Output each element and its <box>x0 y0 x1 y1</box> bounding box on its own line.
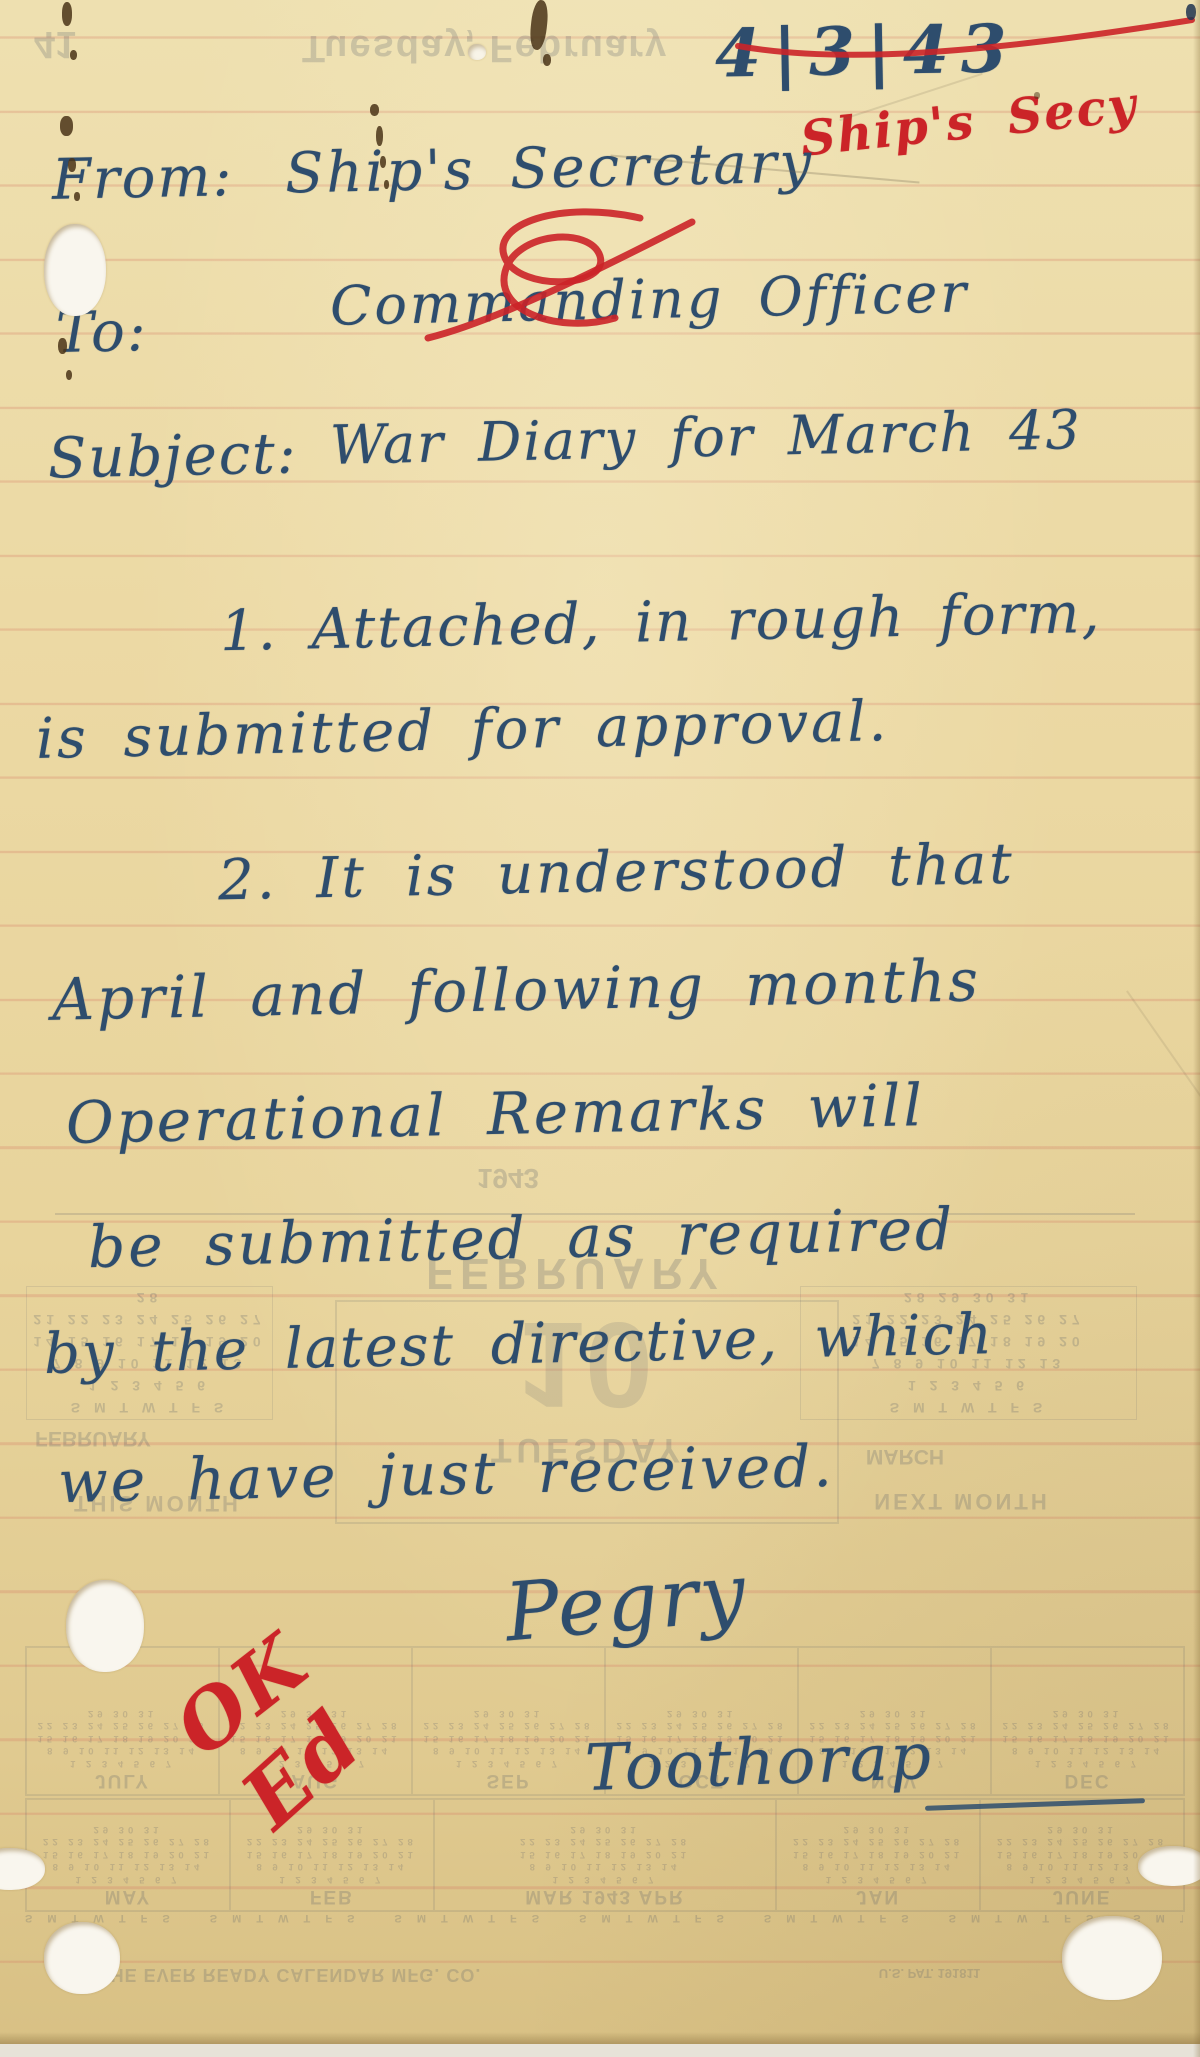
ghost-year-month-digits: 15 16 17 18 19 20 21 <box>779 1848 977 1861</box>
scanned-memo-page: 41 Tuesday, February 1943 FEBRUARY 10 TU… <box>0 0 1200 2057</box>
signature-first-name: Pegry <box>501 1546 750 1660</box>
ink-stain <box>60 116 73 136</box>
paper-right-edge <box>1193 0 1200 2057</box>
ghost-year-month-digits: 8 9 10 11 12 13 14 <box>29 1744 216 1757</box>
signature-last-name: Toothorap <box>584 1720 934 1806</box>
ghost-year-month-label: JAN <box>779 1885 977 1907</box>
ghost-year-month-digits: 22 23 24 25 26 27 28 <box>994 1719 1181 1732</box>
ghost-year-month-label: MAR 1943 APR <box>437 1885 773 1907</box>
ghost-year: 1943 <box>448 1162 568 1194</box>
memo-date: 4|3|43 <box>714 9 1019 92</box>
ink-stain <box>543 54 551 66</box>
ghost-year-month-digits: 22 23 24 25 26 27 28 <box>437 1835 773 1848</box>
ghost-manufacturer: THE EVER READY CALENDAR MFG. CO. <box>70 1964 510 1985</box>
ghost-year-month-digits: 22 23 24 25 26 27 28 <box>983 1835 1181 1848</box>
ghost-year-month-cell: JAN1 2 3 4 5 6 78 9 10 11 12 13 1415 16 … <box>776 1799 980 1911</box>
ink-stain <box>528 0 549 51</box>
ghost-page-number: 41 <box>20 22 90 65</box>
ink-stain <box>370 104 379 116</box>
paper-nick <box>468 44 486 60</box>
ghost-year-calendar-band-2: MAY1 2 3 4 5 6 78 9 10 11 12 13 1415 16 … <box>25 1798 1185 1912</box>
ghost-year-month-digits: 8 9 10 11 12 13 14 <box>779 1860 977 1873</box>
ghost-year-month-label: DEC <box>994 1769 1181 1791</box>
ghost-year-month-label: JULY <box>29 1769 216 1791</box>
ghost-year-month-digits: 29 30 31 <box>801 1707 988 1720</box>
punch-hole <box>1062 1916 1162 2000</box>
ghost-year-month-digits: 1 2 3 4 5 6 7 <box>437 1873 773 1886</box>
ghost-year-month-digits: 22 23 24 25 26 27 28 <box>415 1719 602 1732</box>
ghost-year-month-digits: 15 16 17 18 19 20 21 <box>29 1848 227 1861</box>
ghost-year-month-digits: 8 9 10 11 12 13 14 <box>415 1744 602 1757</box>
ghost-year-month-digits: 29 30 31 <box>994 1707 1181 1720</box>
ghost-calendar-row: 1 2 3 4 5 6 <box>801 1375 1136 1397</box>
ghost-calendar-row: S M T W T F S <box>801 1397 1136 1419</box>
punch-hole <box>1138 1846 1200 1886</box>
ghost-year-month-digits: 1 2 3 4 5 6 7 <box>29 1873 227 1886</box>
subject-label: Subject: <box>47 421 298 491</box>
ghost-year-month-digits: 29 30 31 <box>983 1823 1181 1836</box>
body-line: 1. Attached, in rough form, <box>219 581 1101 664</box>
ink-stain <box>74 192 80 201</box>
ghost-year-month-digits: 8 9 10 11 12 13 14 <box>994 1744 1181 1757</box>
body-line: be submitted as required <box>87 1195 955 1281</box>
ghost-year-month-cell: SEP1 2 3 4 5 6 78 9 10 11 12 13 1415 16 … <box>412 1647 605 1795</box>
scan-bottom-edge <box>0 2044 1200 2057</box>
ghost-year-month-digits: 8 9 10 11 12 13 14 <box>233 1860 431 1873</box>
punch-hole <box>44 1922 120 1994</box>
ghost-year-month-digits: 1 2 3 4 5 6 7 <box>779 1873 977 1886</box>
ghost-year-month-digits: 29 30 31 <box>779 1823 977 1836</box>
ink-stain <box>384 180 389 189</box>
ghost-year-month-label: SEP <box>415 1769 602 1791</box>
ghost-year-month-cell: DEC1 2 3 4 5 6 78 9 10 11 12 13 1415 16 … <box>991 1647 1184 1795</box>
ghost-year-month-digits: 22 23 24 25 26 27 28 <box>29 1835 227 1848</box>
ink-stain <box>376 126 383 146</box>
ghost-year-month-digits: 29 30 31 <box>437 1823 773 1836</box>
ink-stain <box>68 158 76 172</box>
ghost-next-month-name: MARCH <box>845 1444 965 1468</box>
ghost-year-month-digits: 1 2 3 4 5 6 7 <box>415 1757 602 1770</box>
ghost-year-month-digits: 29 30 31 <box>29 1823 227 1836</box>
ghost-year-month-cell: MAY1 2 3 4 5 6 78 9 10 11 12 13 1415 16 … <box>26 1799 230 1911</box>
to-value: Commanding Officer <box>329 261 969 337</box>
ghost-year-month-digits: 29 30 31 <box>608 1707 795 1720</box>
ghost-year-month-label: JUNE <box>983 1885 1181 1907</box>
ink-stain <box>66 370 72 380</box>
ghost-year-month-digits: 29 30 31 <box>233 1823 431 1836</box>
body-line: we have just received. <box>57 1432 835 1516</box>
body-line: is submitted for approval. <box>35 689 889 772</box>
ghost-year-month-digits: 29 30 31 <box>415 1707 602 1720</box>
ghost-calendar-row: 28 <box>27 1287 272 1309</box>
ghost-next-month-caption: NEXT MONTH <box>862 1488 1062 1514</box>
ink-stain <box>62 2 72 26</box>
paper-bottom-edge-shadow <box>0 2032 1200 2044</box>
body-line: Operational Remarks will <box>65 1071 925 1157</box>
ghost-year-month-label: MAY <box>29 1885 227 1907</box>
body-line: April and following months <box>51 946 981 1033</box>
ghost-year-month-digits: 8 9 10 11 12 13 14 <box>437 1860 773 1873</box>
ghost-patent: U.S. PAT. 191811 <box>832 1966 1027 1981</box>
ink-stain <box>70 50 77 60</box>
ink-stain <box>1034 92 1040 99</box>
ghost-calendar-row: S M T W T F S <box>27 1397 272 1419</box>
from-value: Ship's Secretary <box>284 130 814 206</box>
ghost-year-month-digits: 15 16 17 18 19 20 21 <box>437 1848 773 1861</box>
ghost-year-month-digits: 1 2 3 4 5 6 7 <box>233 1873 431 1886</box>
ghost-year-month-cell: MAR 1943 APR1 2 3 4 5 6 78 9 10 11 12 13… <box>434 1799 776 1911</box>
from-label: From: <box>51 144 234 213</box>
ghost-year-month-digits: 15 16 17 18 19 20 21 <box>994 1732 1181 1745</box>
ghost-year-month-digits: 15 16 17 18 19 20 21 <box>415 1732 602 1745</box>
punch-hole <box>44 224 106 316</box>
ghost-year-month-digits: 22 23 24 25 26 27 28 <box>779 1835 977 1848</box>
ghost-year-month-digits: 1 2 3 4 5 6 7 <box>994 1757 1181 1770</box>
body-line: by the latest directive, which <box>43 1302 994 1387</box>
ghost-year-month-digits: 22 23 24 25 26 27 28 <box>233 1835 431 1848</box>
ink-stain <box>380 156 386 168</box>
ghost-year-month-digits: 1 2 3 4 5 6 7 <box>29 1757 216 1770</box>
ghost-year-month-label: FEB <box>233 1885 431 1907</box>
subject-value: War Diary for March 43 <box>329 398 1082 477</box>
ink-stain <box>58 338 67 354</box>
punch-hole <box>66 1580 144 1672</box>
ghost-weekday-strip: S M T W T F S S M T W T F S S M T W T F … <box>25 1912 1183 1924</box>
ghost-year-month-digits: 15 16 17 18 19 20 21 <box>233 1848 431 1861</box>
body-line: 2. It is understood that <box>217 832 1015 914</box>
ghost-year-month-digits: 8 9 10 11 12 13 14 <box>29 1860 227 1873</box>
paper-crease <box>1126 990 1200 1171</box>
